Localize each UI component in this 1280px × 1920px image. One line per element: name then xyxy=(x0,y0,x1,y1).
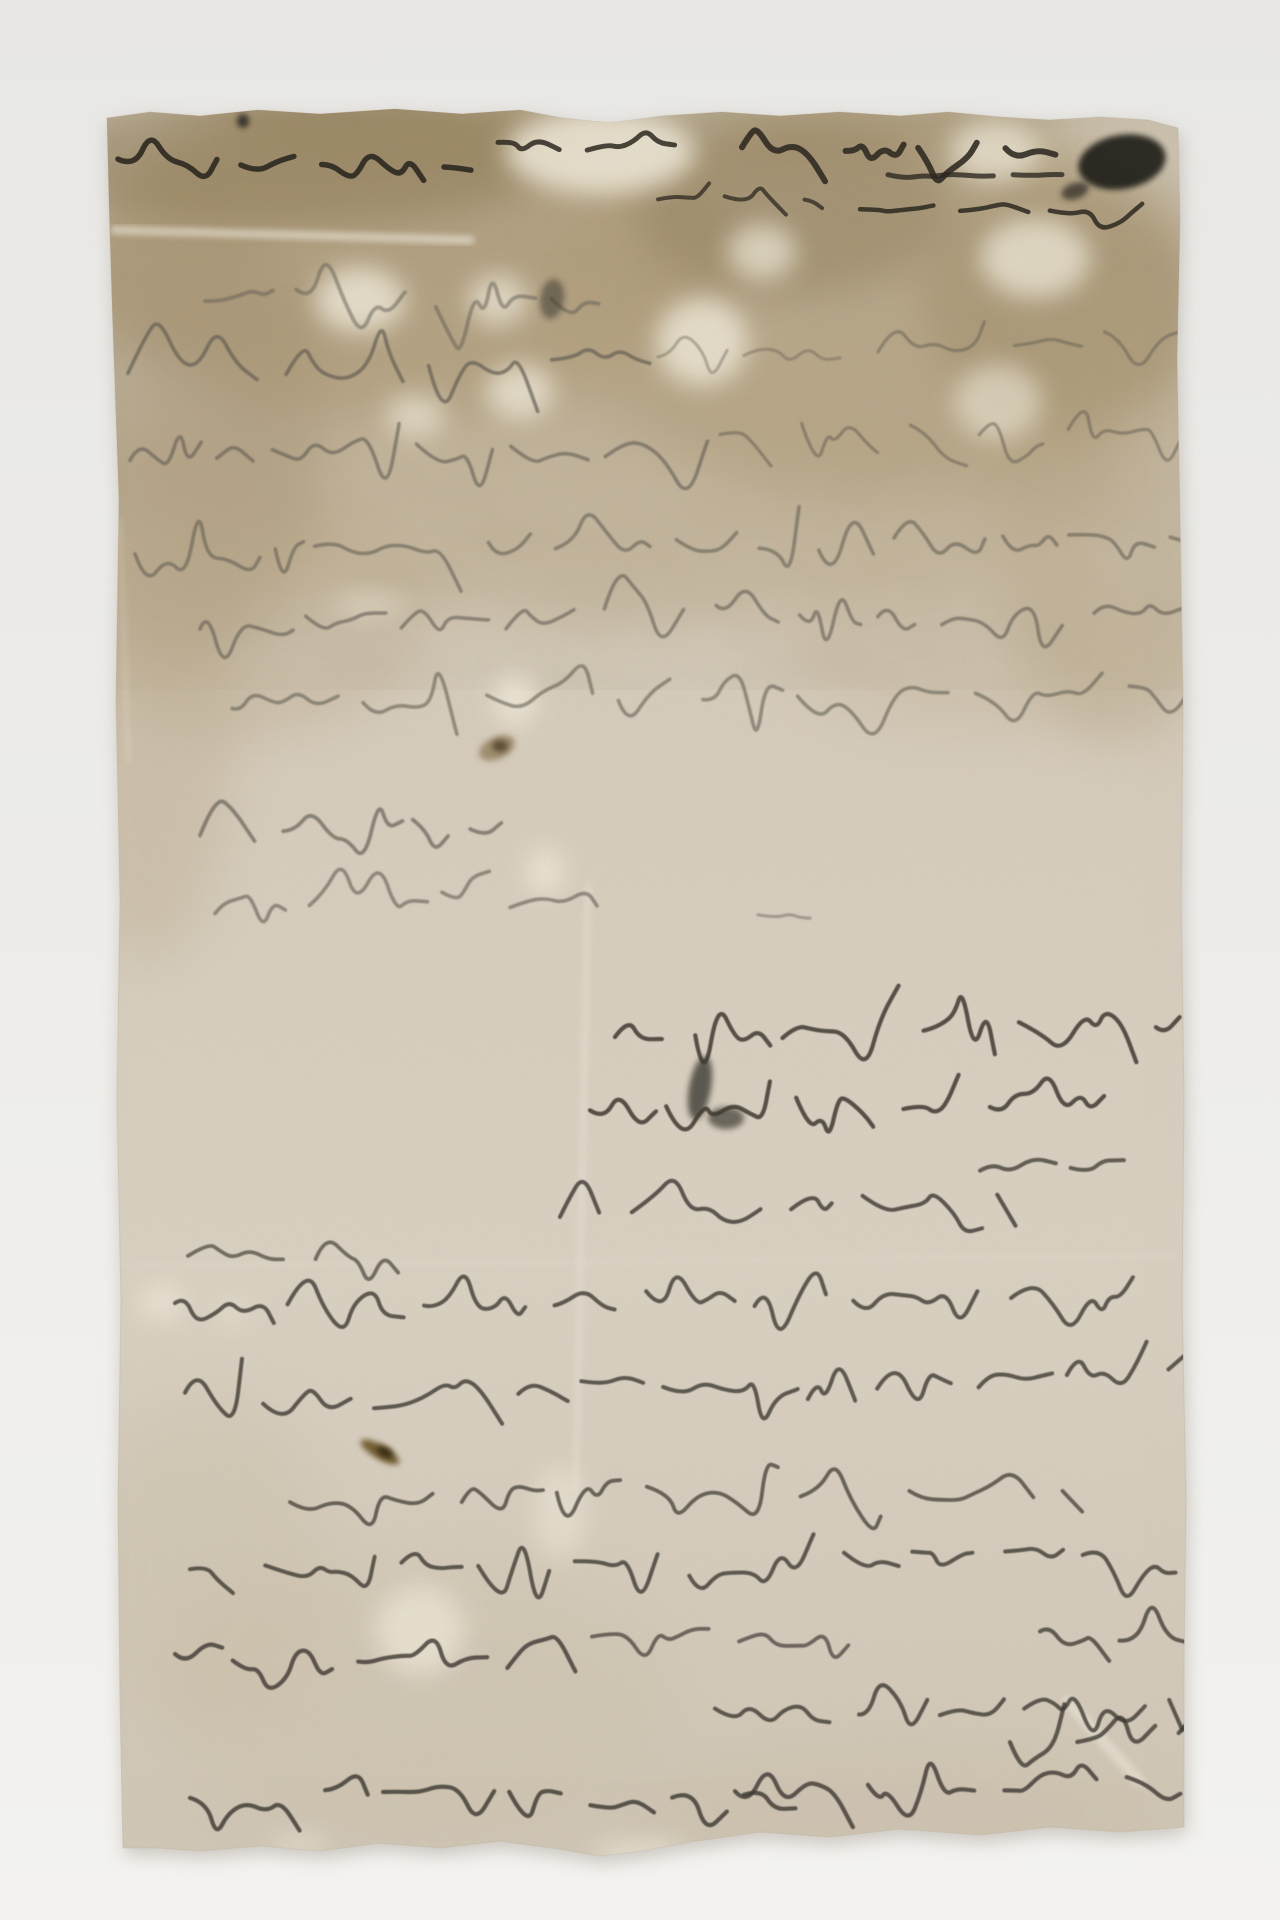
ink-blot xyxy=(237,114,249,128)
photo-backdrop xyxy=(0,0,1280,1920)
ink-blot xyxy=(708,1107,744,1129)
paper-surface xyxy=(35,80,1235,1890)
script-line xyxy=(888,174,1062,177)
manuscript-photo xyxy=(0,0,1280,1920)
ink-blot xyxy=(492,740,508,752)
